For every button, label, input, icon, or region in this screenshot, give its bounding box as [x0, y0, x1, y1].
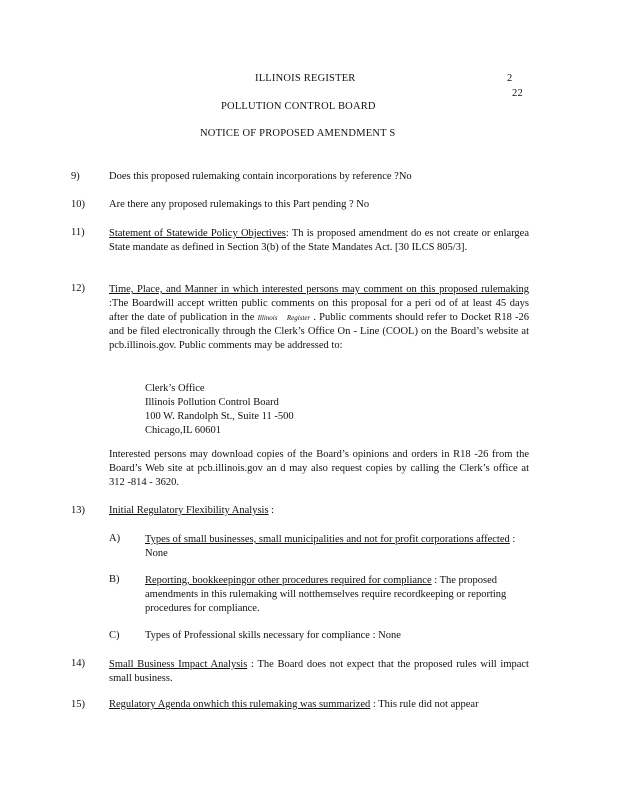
subitem-number: C): [109, 630, 120, 641]
item-body: Initial Regulatory Flexibility Analysis …: [109, 505, 274, 516]
page-issue: 22: [512, 88, 523, 99]
item-number: 9): [71, 171, 80, 182]
item-number: 10): [71, 199, 85, 210]
subitem-body: Types of small businesses, small municip…: [145, 533, 529, 561]
subitem-number: B): [109, 574, 120, 585]
item-text: : This rule did not appear: [370, 699, 478, 710]
item-text: Are there any proposed rulemakings to th…: [109, 199, 369, 210]
item-number: 14): [71, 658, 85, 669]
item-number: 12): [71, 283, 85, 294]
board-title: POLLUTION CONTROL BOARD: [221, 101, 376, 112]
address-line: Clerk’s Office: [145, 382, 294, 396]
item-number: 15): [71, 699, 85, 710]
page-volume: 2: [507, 73, 512, 84]
item-heading: Small Business Impact Analysis: [109, 659, 247, 670]
download-paragraph: Interested persons may download copies o…: [109, 448, 529, 490]
subitem-heading: Reporting, bookkeepingor other procedure…: [145, 575, 432, 586]
item-heading: Time, Place, and Manner in which interes…: [109, 284, 529, 295]
address-line: Chicago,IL 60601: [145, 424, 294, 438]
notice-title: NOTICE OF PROPOSED AMENDMENT S: [200, 128, 395, 139]
mailing-address: Clerk’s Office Illinois Pollution Contro…: [145, 382, 294, 438]
register-title: ILLINOIS REGISTER: [255, 73, 356, 84]
item-text: :: [269, 505, 275, 516]
subitem-number: A): [109, 533, 120, 544]
item-heading: Statement of Statewide Policy Objectives: [109, 228, 286, 239]
item-heading: Regulatory Agenda onwhich this rulemakin…: [109, 699, 370, 710]
item-body: Small Business Impact Analysis : The Boa…: [109, 658, 529, 686]
subitem-text: Types of Professional skills necessary f…: [145, 630, 401, 641]
item-number: 11): [71, 227, 85, 238]
subitem-heading: Types of small businesses, small municip…: [145, 534, 510, 545]
address-line: Illinois Pollution Control Board: [145, 396, 294, 410]
publication-name: Register: [287, 314, 310, 322]
item-body: Time, Place, and Manner in which interes…: [109, 283, 529, 353]
address-line: 100 W. Randolph St., Suite 11 -500: [145, 410, 294, 424]
item-body: Statement of Statewide Policy Objectives…: [109, 227, 529, 255]
item-number: 13): [71, 505, 85, 516]
item-body: Regulatory Agenda onwhich this rulemakin…: [109, 699, 479, 710]
item-heading: Initial Regulatory Flexibility Analysis: [109, 505, 269, 516]
item-text: Does this proposed rulemaking contain in…: [109, 171, 412, 182]
publication-name: Illinois: [258, 314, 278, 322]
subitem-body: Reporting, bookkeepingor other procedure…: [145, 574, 529, 616]
